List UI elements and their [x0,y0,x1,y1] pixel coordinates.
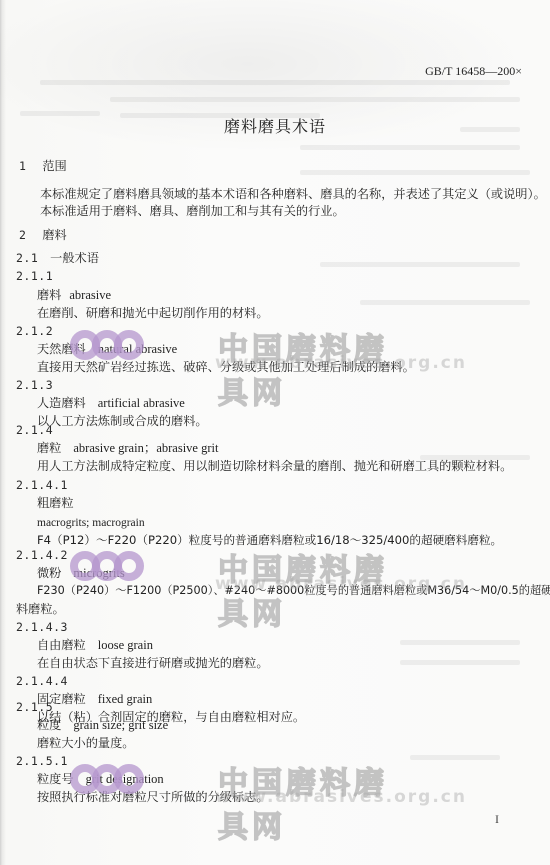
term-cn: 磨粒 [37,441,61,455]
term-cn: 磨料 [37,288,61,302]
term-number: 2.1.4 [16,423,53,437]
page-number: I [495,812,499,827]
term-cn: 人造磨料 [37,396,86,410]
bleed-through-line [300,170,530,175]
term-definition: 以人工方法炼制或合成的磨料。 [37,414,208,428]
section-number: 1 [19,159,26,173]
document-title: 磨料磨具术语 [0,114,550,137]
term-name: 天然磨料natural abrasive [37,342,177,356]
term-definition-continued: 料磨粒。 [16,602,65,616]
bleed-through-line [110,97,520,102]
term-number: 2.1.4.1 [16,478,68,492]
term-en: microgrits [73,566,124,580]
term-number: 2.1.3 [16,378,53,392]
term-cn: 粒度 [37,718,61,732]
term-cn: 粗磨粒 [37,496,74,510]
term-definition: 直接用天然矿岩经过拣选、破碎、分级或其他加工处理后制成的磨料。 [37,360,415,374]
term-cn: 粒度号 [37,772,74,786]
term-name: 固定磨粒fixed grain [37,692,152,706]
term-cn: 自由磨粒 [37,638,86,652]
term-name: 粒度号grit designation [37,772,164,786]
bleed-through-line [300,145,520,150]
section-number: 2 [19,228,26,242]
term-definition: 在自由状态下直接进行研磨或抛光的磨粒。 [37,656,269,670]
term-en: grit designation [86,772,164,786]
term-name: 人造磨料artificial abrasive [37,396,185,410]
term-definition: 用人工方法制成特定粒度、用以制造切除材料余量的磨削、抛光和研磨工具的颗粒材料。 [37,459,512,473]
term-number: 2.1.5.1 [16,754,68,768]
term-number: 2.1.5 [16,700,53,714]
bleed-through-line [400,660,520,665]
subsection-number: 2.1 [16,251,38,265]
subsection-heading: 2.1 一般术语 [16,251,99,265]
term-definition: 在磨削、研磨和抛光中起切削作用的材料。 [37,306,269,320]
term-en: grain size; grit size [73,718,168,732]
term-definition: 按照执行标准对磨粒尺寸所做的分级标志。 [37,790,269,804]
bleed-through-line [400,640,520,645]
bleed-through-line [320,262,520,267]
term-en: artificial abrasive [98,396,185,410]
term-en: macrogrits; macrograin [37,515,145,530]
term-definition: F4（P12）～F220（P220）粒度号的普通磨料磨粒或16/18～325/4… [37,533,502,547]
section-heading: 1 范围 [19,159,67,173]
paragraph: 本标准适用于磨料、磨具、磨削加工和与其有关的行业。 [40,204,345,218]
term-number: 2.1.2 [16,324,53,338]
standard-code: GB/T 16458—200× [425,64,522,79]
watermark: 中国磨料磨具网 www.abrasives.org.cn [70,762,400,812]
term-definition: 磨粒大小的量度。 [37,736,135,750]
paragraph: 本标准规定了磨料磨具领域的基本术语和各种磨料、磨具的名称，并表述了其定义（或说明… [40,187,546,201]
term-cn: 微粉 [37,566,61,580]
term-name: 微粉microgrits [37,566,125,580]
term-en: abrasive [69,288,111,302]
section-heading: 2 磨料 [19,228,67,242]
subsection-title: 一般术语 [50,251,99,265]
term-name: 磨料abrasive [37,288,111,302]
term-en-text: macrogrits; macrograin [37,517,145,529]
bleed-through-line [410,755,500,760]
term-en: natural abrasive [98,342,177,356]
term-en: fixed grain [98,692,153,706]
term-number: 2.1.1 [16,269,53,283]
document-page: GB/T 16458—200× 磨料磨具术语 1 范围 本标准规定了磨料磨具领域… [0,0,550,865]
section-title: 磨料 [42,228,66,242]
bleed-through-line [40,80,510,85]
term-number: 2.1.4.2 [16,548,68,562]
term-en: abrasive grain；abrasive grit [73,441,218,455]
term-number: 2.1.4.3 [16,620,68,634]
term-name: 磨粒abrasive grain；abrasive grit [37,441,218,455]
bleed-through-line [360,300,530,305]
term-definition: F230（P240）～F1200（P2500）、#240～#8000粒度号的普通… [37,584,550,598]
term-name: 自由磨粒loose grain [37,638,153,652]
term-name: 粒度grain size; grit size [37,718,168,732]
section-title: 范围 [42,159,66,173]
term-number: 2.1.4.4 [16,674,68,688]
term-en: loose grain [98,638,153,652]
term-cn: 天然磨料 [37,342,86,356]
